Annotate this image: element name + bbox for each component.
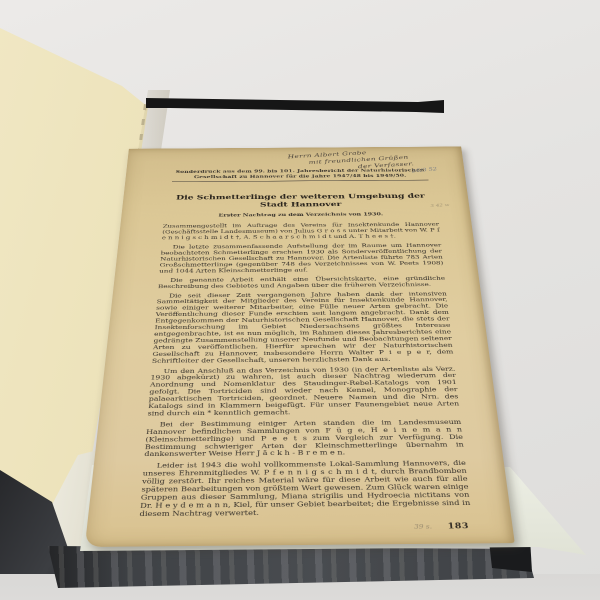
- paragraph: Leider ist 1943 die wohl vollkommenste L…: [139, 461, 472, 520]
- photo-of-open-book: Herrn Albert Grabe mit freundlichen Grüß…: [0, 0, 600, 600]
- paragraph: Die genannte Arbeit enthält eine Übersic…: [158, 276, 447, 290]
- offprint-page: Herrn Albert Grabe mit freundlichen Grüß…: [85, 147, 515, 547]
- pencil-footer-note: 39 s.: [414, 522, 433, 530]
- page-footer: 39 s. 183: [138, 521, 473, 533]
- page-number: 183: [447, 521, 469, 530]
- article-byline: Zusammengestellt im Auftrage des Vereins…: [162, 221, 441, 240]
- paragraph: Um den Anschluß an das Verzeichnis von 1…: [147, 366, 460, 418]
- pencil-margin-note: 3 42 w: [430, 203, 450, 208]
- paragraph: Die seit dieser Zeit vergangenen Jahre h…: [152, 291, 455, 365]
- book-cover-top-edge: [146, 96, 446, 114]
- article-body: Die letzte zusammenfassende Aufstellung …: [139, 243, 472, 519]
- handwritten-date-note: 26/3 52: [411, 166, 438, 174]
- article-title: Die Schmetterlinge der weiteren Umgebung…: [168, 192, 433, 209]
- article-subtitle: Erster Nachtrag zu dem Verzeichnis von 1…: [163, 211, 438, 218]
- printed-area: Herrn Albert Grabe mit freundlichen Grüß…: [137, 147, 475, 547]
- paragraph: Bei der Bestimmung einiger Arten standen…: [144, 419, 465, 459]
- paragraph: Die letzte zusammenfassende Aufstellung …: [159, 243, 445, 275]
